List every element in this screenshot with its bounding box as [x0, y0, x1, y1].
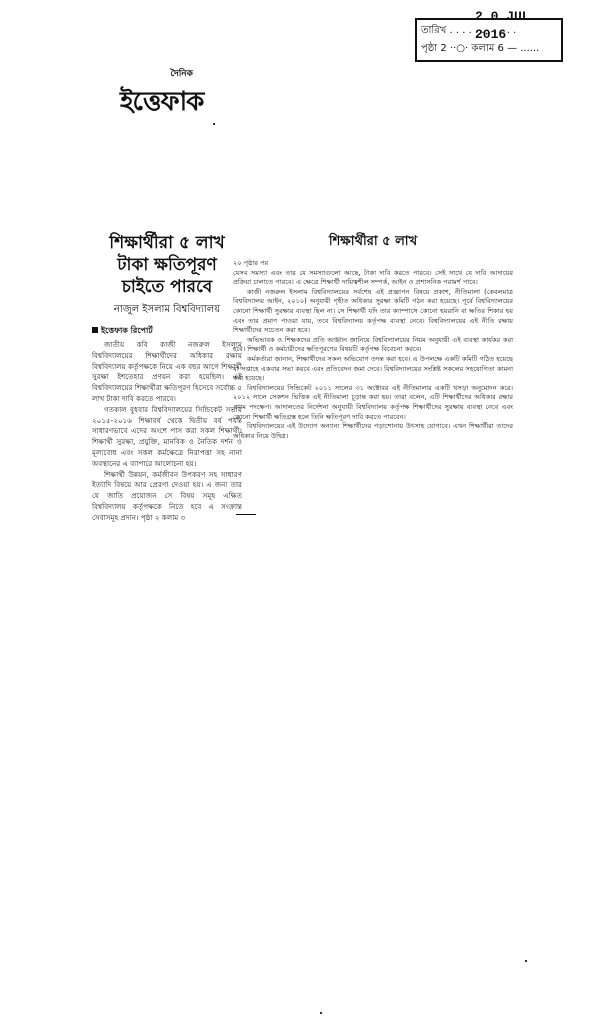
headline-line: চাইতে পারবে — [92, 276, 242, 298]
paragraph: বিশ্ববিদ্যালয়ের সিন্ডিকেট ২০১১ সালের ৩১… — [233, 384, 513, 422]
article-body-left: জাতীয় কবি কাজী নজরুল ইসলাম বিশ্ববিদ্যাল… — [92, 340, 242, 524]
scan-speck — [213, 123, 215, 125]
paragraph: শিক্ষার্থী উন্নয়ন, কর্মজীবন উপকরণ সহ সা… — [92, 470, 242, 524]
article-subhead: নাজুল ইসলাম বিশ্ববিদ্যালয় — [92, 302, 242, 319]
reporter-line: ইত্তেফাক রিপোর্ট — [92, 325, 242, 338]
paragraph: অভিভাবক ও শিক্ষকদের প্রতি আহ্বান জানিয়ে… — [233, 336, 513, 355]
paragraph: বিশ্ববিদ্যালয়ের এই উদ্যোগ অন্যান্য শিক্… — [233, 422, 513, 441]
article-end-rule — [236, 514, 256, 515]
continuation-heading: শিক্ষার্থীরা ৫ লাখ — [233, 232, 513, 253]
scan-speck — [525, 960, 527, 962]
stamp-column-label: কলাম — [471, 43, 494, 54]
stamp-page-label: পৃষ্ঠা — [421, 43, 437, 54]
archive-date-stamp: 2 0 JUL 2016 তারিখ . . . . . . . . . . .… — [415, 18, 563, 62]
reporter-name: ইত্তেফাক রিপোর্ট — [101, 326, 153, 335]
paragraph: জাতীয় কবি কাজী নজরুল ইসলাম বিশ্ববিদ্যাল… — [92, 340, 242, 405]
article-left-column: শিক্ষার্থীরা ৫ লাখ টাকা ক্ষতিপূরণ চাইতে … — [92, 232, 242, 524]
headline-line: শিক্ষার্থীরা ৫ লাখ — [92, 232, 242, 254]
article-headline: শিক্ষার্থীরা ৫ লাখ টাকা ক্ষতিপূরণ চাইতে … — [92, 232, 242, 298]
masthead-name: ইত্তেফাক — [120, 87, 203, 117]
stamp-date-label: তারিখ — [421, 25, 446, 36]
paragraph: কাজী নজরুল ইসলাম বিশ্ববিদ্যালয়ের সর্বশে… — [233, 288, 513, 336]
masthead-prefix: দৈনিক — [160, 66, 203, 81]
paragraph: কর্মকর্তারা জানান, শিক্ষার্থীদের সকল অভি… — [233, 355, 513, 384]
paragraph: গতকাল বুধবার বিশ্ববিদ্যালয়ের সিন্ডিকেট … — [92, 405, 242, 470]
stamp-page-value: 2 — [440, 43, 446, 54]
bullet-square-icon — [92, 327, 98, 333]
article-body-right: ২০ পৃষ্ঠার পর যেসব সমস্যা এবং তার যে সমস… — [233, 259, 513, 441]
newspaper-masthead: দৈনিক ইত্তেফাক — [120, 66, 203, 125]
paragraph: যেসব সমস্যা এবং তার যে সমস্যাগুলো আছে, ট… — [233, 269, 513, 288]
headline-line: টাকা ক্ষতিপূরণ — [92, 254, 242, 276]
scan-speck — [320, 1012, 322, 1014]
stamp-date-value: 2 0 JUL 2016 — [475, 8, 561, 44]
article-continuation-column: শিক্ষার্থীরা ৫ লাখ ২০ পৃষ্ঠার পর যেসব সম… — [233, 232, 513, 441]
stamp-column-value: 6 — [498, 43, 504, 54]
continuation-ref: ২০ পৃষ্ঠার পর — [233, 259, 513, 269]
